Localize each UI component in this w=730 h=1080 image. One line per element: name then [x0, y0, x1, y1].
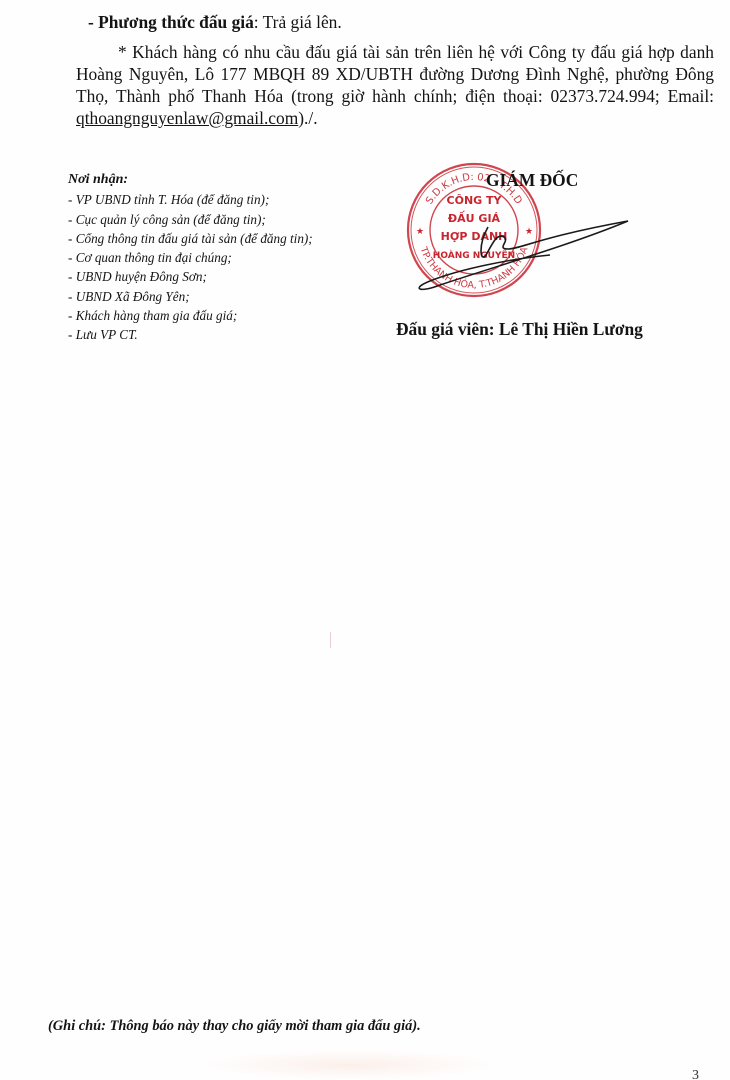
- page-number: 3: [692, 1068, 699, 1080]
- recipient-item: - Cổng thông tin đấu giá tài sản (để đăn…: [68, 229, 313, 248]
- recipient-item: - Cục quản lý công sản (để đăng tin);: [68, 210, 313, 229]
- contact-line-4-suffix: )./.: [298, 108, 317, 128]
- recipient-item: - Lưu VP CT.: [68, 325, 313, 344]
- recipients-title: Nơi nhận:: [68, 170, 313, 189]
- recipient-item: - VP UBND tỉnh T. Hóa (để đăng tin);: [68, 190, 313, 209]
- contact-line-2: Hoàng Nguyên, Lô 177 MBQH 89 XD/UBTH đườ…: [76, 64, 714, 85]
- handwritten-signature-icon: [400, 215, 630, 295]
- signer-name: Đấu giá viên: Lê Thị Hiền Lương: [396, 319, 643, 340]
- contact-line-4: qthoangnguyenlaw@gmail.com)./.: [76, 108, 318, 129]
- recipient-item: - UBND Xã Đông Yên;: [68, 287, 313, 306]
- scan-stain: [200, 1050, 500, 1080]
- email-link[interactable]: qthoangnguyenlaw@gmail.com: [76, 108, 298, 128]
- recipients-list: Nơi nhận: - VP UBND tỉnh T. Hóa (để đăng…: [68, 170, 313, 345]
- recipient-item: - UBND huyện Đông Sơn;: [68, 267, 313, 286]
- contact-line-1: * Khách hàng có nhu cầu đấu giá tài sản …: [76, 42, 714, 63]
- footnote: (Ghi chú: Thông báo này thay cho giấy mờ…: [48, 1018, 421, 1035]
- auction-method-value: : Trả giá lên.: [254, 12, 342, 32]
- document-page: - Phương thức đấu giá: Trả giá lên. * Kh…: [0, 0, 730, 1080]
- recipient-item: - Cơ quan thông tin đại chúng;: [68, 248, 313, 267]
- stamp-line-1: CÔNG TY: [447, 194, 503, 207]
- auction-method-label: - Phương thức đấu giá: [88, 12, 254, 32]
- auction-method-line: - Phương thức đấu giá: Trả giá lên.: [88, 12, 342, 33]
- scan-artifact: [330, 632, 331, 648]
- contact-line-3: Thọ, Thành phố Thanh Hóa (trong giờ hành…: [76, 86, 714, 107]
- recipient-item: - Khách hàng tham gia đấu giá;: [68, 306, 313, 325]
- position-title: GIÁM ĐỐC: [486, 170, 578, 191]
